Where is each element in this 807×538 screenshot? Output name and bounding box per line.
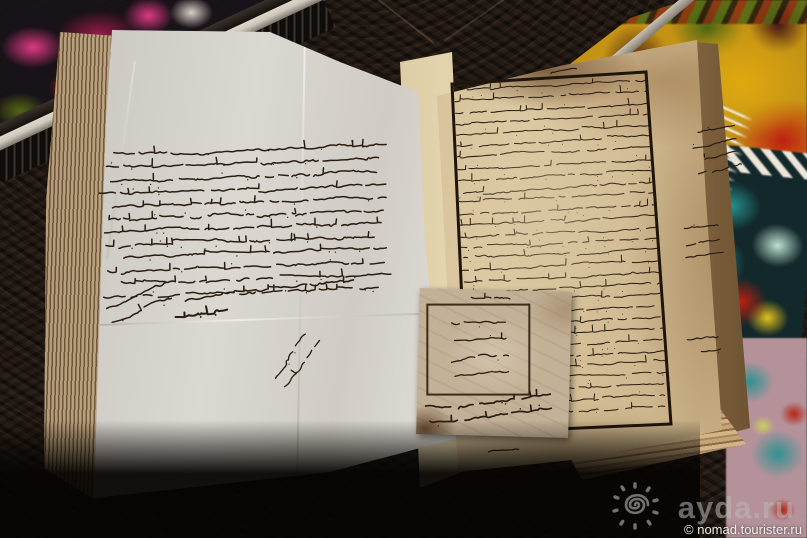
paper-note-with-diagram: [416, 288, 572, 438]
note-header-mark: [474, 291, 514, 302]
sun-spiral-icon: [608, 478, 662, 532]
photo-open-manuscript-book: ayda.ru © nomad.tourister.ru: [0, 0, 807, 538]
table-shadow-foreground: [0, 420, 700, 538]
margin-note-lower: [688, 327, 727, 362]
watermark-site-text: ayda.ru: [678, 490, 795, 526]
margin-note-middle: [683, 217, 728, 265]
note-diagram-marks: [449, 310, 514, 383]
watermark-credit-text: © nomad.tourister.ru: [684, 522, 802, 537]
